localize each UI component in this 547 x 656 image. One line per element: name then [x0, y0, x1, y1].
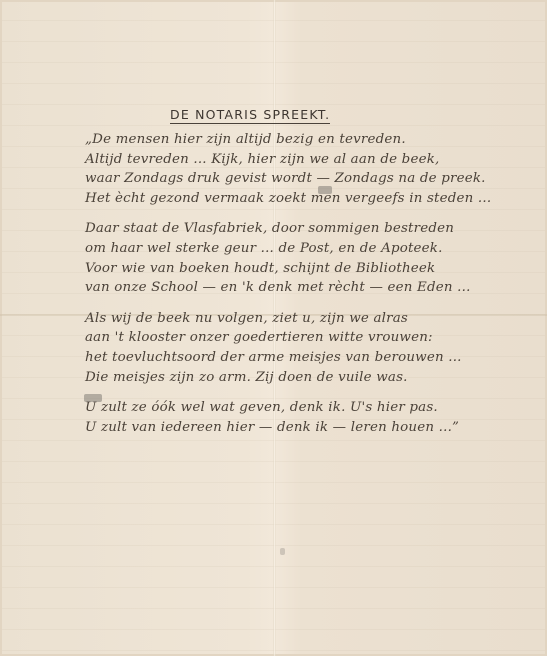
paper-sheet: DE NOTARIS SPREEKT. „De mensen hier zijn…: [0, 0, 547, 656]
stanza-4: U zult ze óók wel wat geven, denk ik. U'…: [85, 398, 525, 437]
poem-body: „De mensen hier zijn altijd bezig en tev…: [85, 130, 525, 437]
poem-line: „De mensen hier zijn altijd bezig en tev…: [85, 130, 525, 150]
stanza-3: Als wij de beek nu volgen, ziet u, zijn …: [85, 309, 525, 387]
ink-correction-mark: [318, 186, 332, 194]
poem-line: om haar wel sterke geur ... de Post, en …: [85, 239, 525, 259]
poem-line: Daar staat de Vlasfabriek, door sommigen…: [85, 219, 525, 239]
ink-spot: [280, 548, 285, 555]
poem-line: Altijd tevreden ... Kijk, hier zijn we a…: [85, 150, 525, 170]
poem-line: Voor wie van boeken houdt, schijnt de Bi…: [85, 259, 525, 279]
poem-title: DE NOTARIS SPREEKT.: [170, 107, 330, 124]
stanza-2: Daar staat de Vlasfabriek, door sommigen…: [85, 219, 525, 297]
stanza-1: „De mensen hier zijn altijd bezig en tev…: [85, 130, 525, 208]
poem-line: waar Zondags druk gevist wordt — Zondags…: [85, 169, 525, 189]
poem-line: Als wij de beek nu volgen, ziet u, zijn …: [85, 309, 525, 329]
poem-line: van onze School — en 'k denk met rècht —…: [85, 278, 525, 298]
poem-line: Die meisjes zijn zo arm. Zij doen de vui…: [85, 368, 525, 388]
poem-line: U zult van iedereen hier — denk ik — ler…: [85, 418, 525, 438]
ink-correction-mark: [84, 394, 102, 402]
poem-line: aan 't klooster onzer goedertieren witte…: [85, 328, 525, 348]
poem-line: U zult ze óók wel wat geven, denk ik. U'…: [85, 398, 525, 418]
poem-line: het toevluchtsoord der arme meisjes van …: [85, 348, 525, 368]
poem-line: Het ècht gezond vermaak zoekt men vergee…: [85, 189, 525, 209]
